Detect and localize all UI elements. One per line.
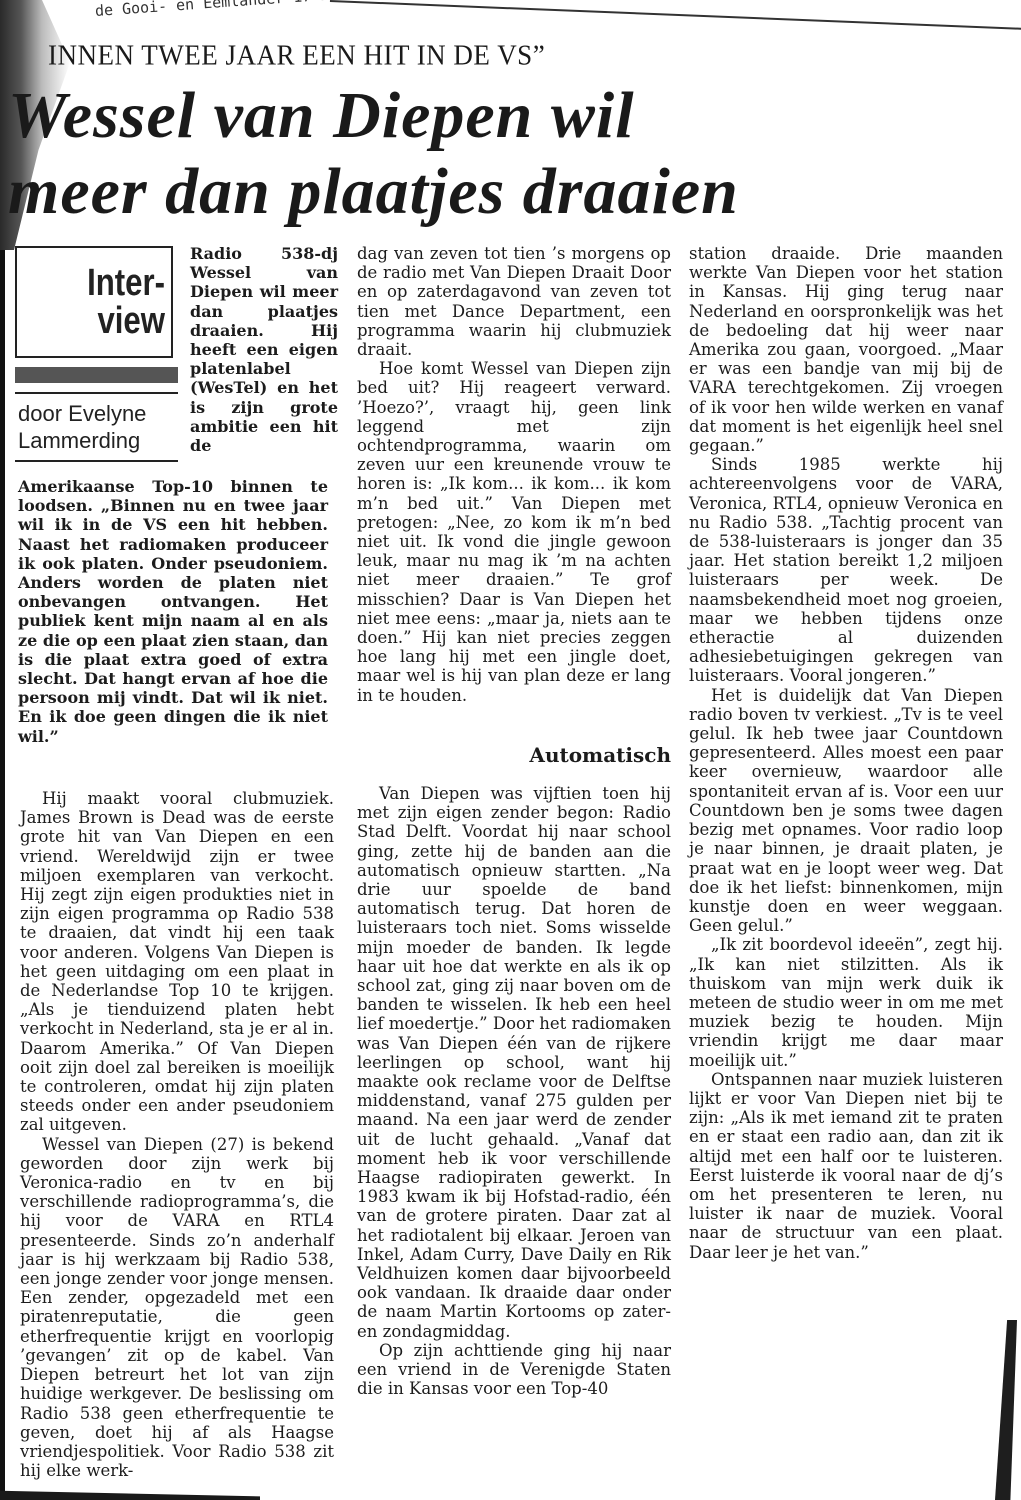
headline-line-2: meer dan plaatjes draaien <box>8 154 1008 230</box>
source-annotation: de Gooi- en Eemlander 17-2-1994 <box>94 0 375 20</box>
paragraph: dag van zeven tot tien ’s morgens op de … <box>357 244 671 359</box>
section-label-line-2: view <box>87 302 165 340</box>
kicker: INNEN TWEE JAAR EEN HIT IN DE VS” <box>48 39 545 72</box>
lead-paragraph: Amerikaanse Top-10 binnen te loodsen. „B… <box>18 477 328 746</box>
lead-paragraph-side: Radio 538-dj Wessel van Diepen wil meer … <box>190 244 338 455</box>
decorative-bar <box>15 367 178 383</box>
scan-edge-top <box>330 0 1021 31</box>
body-column-2-bottom: Van Diepen was vijftien toen hij met zij… <box>357 784 671 1399</box>
byline-author: Lammerding <box>18 427 188 454</box>
byline-line-1: door Evelyne <box>18 400 188 427</box>
section-label-box: Inter- view <box>15 246 173 358</box>
divider <box>15 392 178 394</box>
paragraph: Het is duidelijk dat Van Diepen radio bo… <box>689 686 1003 936</box>
paragraph: „Ik zit boordevol ideeën”, zegt hij. „Ik… <box>689 935 1003 1069</box>
paragraph: Van Diepen was vijftien toen hij met zij… <box>357 784 671 1341</box>
body-column-1: Hij maakt vooral clubmuziek. James Brown… <box>20 789 334 1480</box>
paragraph: Op zijn achttiende ging hij naar een vri… <box>357 1341 671 1399</box>
section-label: Inter- view <box>87 264 165 340</box>
headline: Wessel van Diepen wil meer dan plaatjes … <box>8 78 1008 230</box>
subheading: Automatisch <box>357 743 671 767</box>
body-column-2-top: dag van zeven tot tien ’s morgens op de … <box>357 244 671 705</box>
paragraph: Wessel van Diepen (27) is bekend geworde… <box>20 1135 334 1481</box>
body-column-3: station draaide. Drie maanden werkte Van… <box>689 244 1003 1262</box>
paragraph: Hoe komt Wessel van Diepen zijn bed uit?… <box>357 359 671 705</box>
headline-line-1: Wessel van Diepen wil <box>8 78 1008 154</box>
paragraph: Sinds 1985 werkte hij achtereenvolgens v… <box>689 455 1003 685</box>
section-label-line-1: Inter- <box>87 264 165 302</box>
byline: door Evelyne Lammerding <box>18 400 188 454</box>
paragraph: station draaide. Drie maanden werkte Van… <box>689 244 1003 455</box>
scan-edge-right <box>995 1320 1017 1500</box>
scan-edge-bottom <box>0 1488 260 1500</box>
divider <box>15 460 178 462</box>
paragraph: Ontspannen naar muziek luisteren lijkt e… <box>689 1070 1003 1262</box>
paragraph: Hij maakt vooral clubmuziek. James Brown… <box>20 789 334 1135</box>
